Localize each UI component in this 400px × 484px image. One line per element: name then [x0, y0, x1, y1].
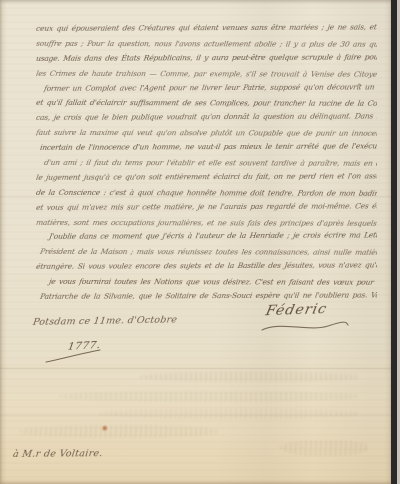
bleed-through-text — [280, 440, 370, 456]
bleed-through-text — [140, 372, 360, 382]
signature: Féderic — [264, 301, 328, 319]
address-line: à M.r de Voltaire. — [12, 448, 103, 460]
handwriting-line: J'oublie dans ce moment que j'écris à l'… — [36, 229, 377, 245]
letter-scan: ceux qui épouseraient des Créatures qui … — [0, 0, 400, 484]
letter-body: ceux qui épouseraient des Créatures qui … — [36, 22, 377, 310]
handwriting-line: incertain de l'innocence d'un homme, ne … — [36, 140, 377, 156]
handwriting-line: former un Complot avec l'Agent pour ne l… — [36, 80, 377, 96]
handwriting-line: ceux qui épouseraient des Créatures qui … — [36, 22, 377, 37]
handwriting-line: et vous qui m'avez mis sur cette matière… — [36, 199, 377, 215]
bleed-through-text — [100, 408, 360, 419]
fold-crease — [0, 368, 392, 369]
paraph-flourish-icon — [44, 346, 104, 364]
bleed-through-text — [60, 391, 360, 402]
handwriting-line: étrangère. Si vous voulez encore des suj… — [36, 259, 377, 275]
ink-stain — [102, 425, 108, 432]
handwriting-line: le jugement jusqu'à ce qu'on soit entièr… — [36, 169, 377, 185]
paper-sheet: ceux qui épouseraient des Créatures qui … — [0, 0, 392, 484]
signature-flourish-icon — [258, 318, 350, 334]
handwriting-line: usage. Mais dans des États Républicains,… — [36, 50, 377, 66]
dateline: Potsdam ce 11me. d'Octobre — [32, 314, 178, 328]
bleed-through-text — [20, 425, 220, 438]
handwriting-line: cas, je crois que le bien publique voudr… — [36, 110, 377, 126]
